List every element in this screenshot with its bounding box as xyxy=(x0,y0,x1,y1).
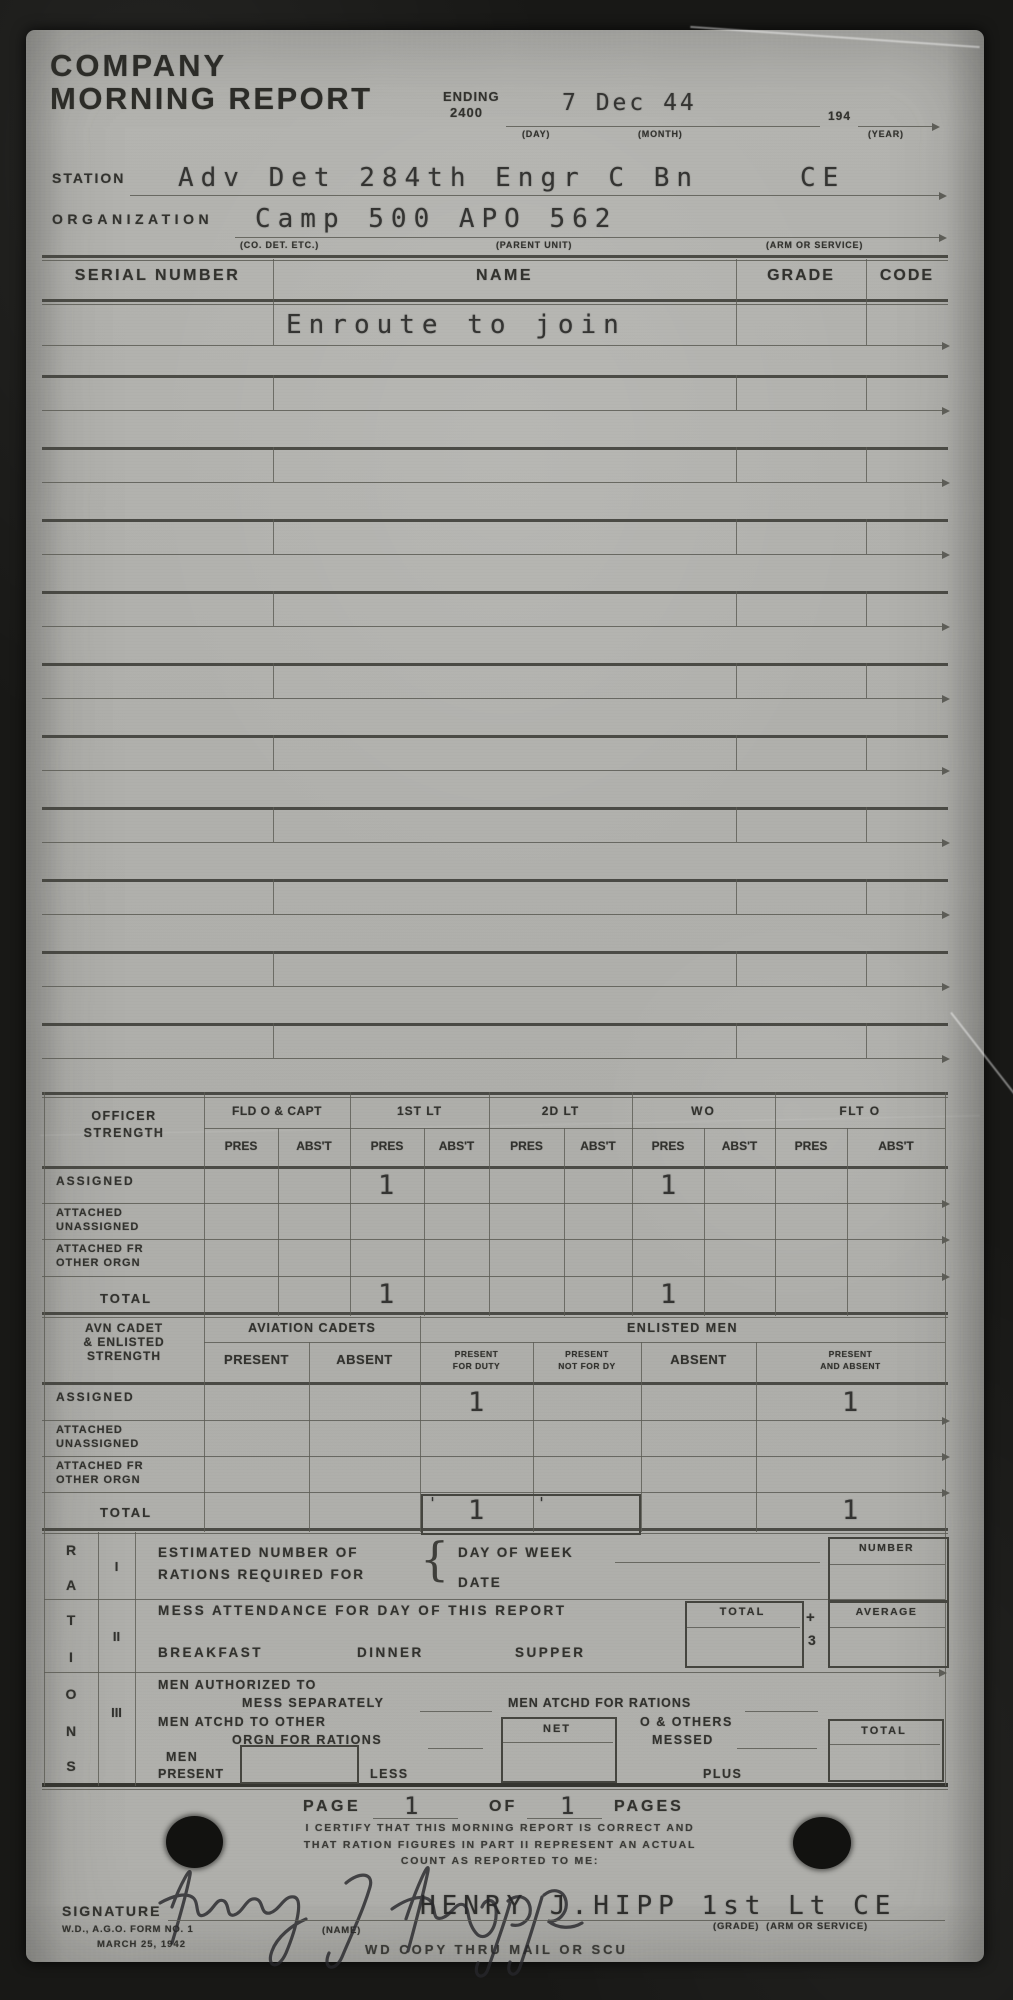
officer-assigned-1stlt-pres: 1 xyxy=(378,1172,394,1199)
group-aviation-cadets: AVIATION CADETS xyxy=(204,1322,420,1335)
rule-horizontal xyxy=(42,519,948,522)
rule-vertical xyxy=(736,807,737,842)
rule-vertical xyxy=(736,375,737,410)
rule-horizontal xyxy=(42,1058,948,1059)
col-name: NAME xyxy=(273,268,736,285)
rule-horizontal xyxy=(42,554,948,555)
page-number: 1 xyxy=(404,1794,418,1818)
col-code: CODE xyxy=(866,268,948,285)
section-ii: II xyxy=(98,1630,135,1644)
rations-letter: S xyxy=(44,1759,98,1774)
rule-vertical xyxy=(704,1128,705,1316)
organization-label: ORGANIZATION xyxy=(52,212,213,227)
certify-line1: I CERTIFY THAT THIS MORNING REPORT IS CO… xyxy=(270,1823,730,1834)
subcol-enlisted-absent: ABSENT xyxy=(641,1353,756,1367)
rule-vertical xyxy=(866,303,867,345)
rule-horizontal xyxy=(42,914,948,915)
rule-horizontal xyxy=(42,345,948,346)
rule-horizontal xyxy=(42,951,948,954)
group-2d-lt: 2D LT xyxy=(489,1105,632,1118)
ending-2400-label: 2400 xyxy=(450,106,483,120)
rule-horizontal xyxy=(42,807,948,810)
rule-vertical xyxy=(866,519,867,554)
row-attached: ATTACHED xyxy=(56,1208,123,1220)
form-box xyxy=(828,1537,949,1602)
form-box xyxy=(421,1494,641,1535)
avn-title2: & ENLISTED xyxy=(44,1336,204,1349)
rations-letter: O xyxy=(44,1687,98,1702)
row-other-orgn: OTHER ORGN xyxy=(56,1475,141,1487)
group-1st-lt: 1ST LT xyxy=(350,1105,489,1118)
row-other-orgn: OTHER ORGN xyxy=(56,1258,141,1270)
rule-vertical xyxy=(736,303,737,345)
rule-vertical xyxy=(866,259,867,303)
subcol-pfd-1: PRESENT xyxy=(420,1350,533,1359)
rule-vertical xyxy=(273,259,274,303)
rule-vertical xyxy=(736,663,737,698)
rule-horizontal xyxy=(42,1312,948,1315)
rule-horizontal xyxy=(42,299,948,302)
date-label: DATE xyxy=(458,1576,502,1590)
rule-vertical xyxy=(736,1023,737,1058)
officer-total-1stlt-pres: 1 xyxy=(378,1281,394,1308)
co-det-sublabel: (CO. DET. ETC.) xyxy=(240,241,319,250)
rule-horizontal xyxy=(373,1818,458,1819)
rule-vertical xyxy=(866,879,867,914)
subcol-pfd-2: FOR DUTY xyxy=(420,1362,533,1371)
form-box xyxy=(240,1745,359,1784)
men-authorized-label: MEN AUTHORIZED TO xyxy=(158,1679,317,1692)
rule-vertical xyxy=(135,1532,136,1786)
rule-horizontal xyxy=(42,986,948,987)
brace-glyph: { xyxy=(420,1536,449,1582)
rule-horizontal xyxy=(42,1276,948,1277)
rule-vertical xyxy=(736,259,737,303)
avn-title3: STRENGTH xyxy=(44,1350,204,1363)
rations-letter: I xyxy=(44,1650,98,1665)
film-scratch xyxy=(690,26,979,48)
row-total: TOTAL xyxy=(100,1292,152,1306)
rule-vertical xyxy=(278,1128,279,1316)
avn-title1: AVN CADET xyxy=(44,1322,204,1335)
arm-service-sublabel: (ARM OR SERVICE) xyxy=(766,241,863,250)
divide-by-three: 3 xyxy=(808,1633,816,1648)
rule-vertical xyxy=(736,519,737,554)
group-fldo-capt: FLD O & CAPT xyxy=(204,1105,350,1118)
rule-horizontal xyxy=(42,1317,948,1318)
scanned-morning-report: COMPANY MORNING REPORT ENDING 2400 7 Dec… xyxy=(0,0,1013,2000)
rule-horizontal xyxy=(42,591,948,594)
subcol-pres: PRES xyxy=(204,1140,278,1153)
rule-vertical xyxy=(756,1342,757,1532)
subcol-abst: ABS'T xyxy=(424,1140,489,1153)
subcol-abst: ABS'T xyxy=(704,1140,775,1153)
rule-vertical xyxy=(736,447,737,482)
mess-separately-label: MESS SEPARATELY xyxy=(242,1697,384,1710)
subcol-abst: ABS'T xyxy=(847,1140,945,1153)
rule-vertical xyxy=(44,1092,45,1316)
rule-horizontal xyxy=(42,260,948,261)
breakfast-label: BREAKFAST xyxy=(158,1646,263,1660)
divide-plus-sign: + xyxy=(806,1610,815,1626)
rule-horizontal xyxy=(42,482,948,483)
form-box xyxy=(828,1719,944,1782)
supper-label: SUPPER xyxy=(515,1646,586,1660)
film-scratch xyxy=(951,1012,1013,1100)
rule-vertical xyxy=(866,735,867,770)
ending-label: ENDING xyxy=(443,90,500,104)
rule-horizontal xyxy=(44,1599,945,1600)
rule-vertical xyxy=(204,1316,205,1532)
rule-horizontal xyxy=(42,1166,948,1169)
rations-letter: R xyxy=(44,1543,98,1558)
messed-label: MESSED xyxy=(652,1734,714,1747)
rule-horizontal xyxy=(420,1711,492,1712)
rule-horizontal xyxy=(42,1239,948,1240)
rations-letter: A xyxy=(44,1578,98,1593)
row-unassigned: UNASSIGNED xyxy=(56,1222,139,1234)
row-attached: ATTACHED xyxy=(56,1425,123,1437)
rule-horizontal xyxy=(42,879,948,882)
rule-horizontal xyxy=(615,1562,820,1563)
pages-number: 1 xyxy=(560,1794,574,1818)
rule-vertical xyxy=(564,1128,565,1316)
rule-vertical xyxy=(736,951,737,986)
rule-vertical xyxy=(945,1316,946,1532)
enlisted-assigned-pa: 1 xyxy=(842,1389,858,1416)
men-atchd-rations-label: MEN ATCHD FOR RATIONS xyxy=(508,1697,691,1710)
row-attached-fr: ATTACHED FR xyxy=(56,1461,144,1473)
rule-horizontal xyxy=(235,237,945,238)
rule-vertical xyxy=(632,1092,633,1316)
rule-vertical xyxy=(866,375,867,410)
rule-vertical xyxy=(204,1092,205,1316)
row-unassigned: UNASSIGNED xyxy=(56,1439,139,1451)
rule-horizontal xyxy=(42,735,948,738)
rule-vertical xyxy=(273,807,274,842)
page-label: PAGE xyxy=(303,1799,361,1816)
officer-strength-title1: OFFICER xyxy=(44,1110,204,1123)
rule-vertical xyxy=(945,1092,946,1316)
rule-horizontal xyxy=(42,410,948,411)
rule-horizontal xyxy=(42,1420,948,1421)
enlisted-assigned-pfd: 1 xyxy=(468,1389,484,1416)
o-and-others-label: O & OTHERS xyxy=(640,1716,733,1729)
rule-vertical xyxy=(98,1532,99,1786)
rations-letter: T xyxy=(44,1613,98,1628)
handwritten-signature xyxy=(130,1845,690,1980)
rule-horizontal xyxy=(42,447,948,450)
rule-vertical xyxy=(273,1023,274,1058)
present-label: PRESENT xyxy=(158,1768,224,1781)
men-label: MEN xyxy=(166,1751,198,1764)
rule-horizontal xyxy=(42,626,948,627)
rule-vertical xyxy=(273,663,274,698)
grade-arm-sublabel: (GRADE) (ARM OR SERVICE) xyxy=(713,1922,868,1932)
rule-vertical xyxy=(866,807,867,842)
form-box xyxy=(501,1717,617,1783)
form-title-line1: COMPANY xyxy=(50,50,227,83)
report-date-value: 7 Dec 44 xyxy=(562,92,697,115)
rule-vertical xyxy=(866,663,867,698)
enlisted-total-pa: 1 xyxy=(842,1497,858,1524)
subcol-pres: PRES xyxy=(775,1140,847,1153)
rule-vertical xyxy=(641,1342,642,1532)
rule-horizontal xyxy=(858,126,938,127)
subcol-abst: ABS'T xyxy=(278,1140,350,1153)
row-total: TOTAL xyxy=(100,1506,152,1520)
section-iii: III xyxy=(98,1706,135,1720)
mess-attendance-label: MESS ATTENDANCE FOR DAY OF THIS REPORT xyxy=(158,1604,567,1618)
rule-horizontal xyxy=(428,1748,483,1749)
year-prefix: 194 xyxy=(828,110,851,123)
rule-vertical xyxy=(866,951,867,986)
punch-hole-right xyxy=(793,1817,851,1869)
rule-vertical xyxy=(350,1092,351,1316)
group-enlisted-men: ENLISTED MEN xyxy=(420,1322,945,1335)
subcol-pres: PRES xyxy=(632,1140,704,1153)
parent-unit-sublabel: (PARENT UNIT) xyxy=(496,241,572,250)
rule-horizontal xyxy=(42,1023,948,1026)
rule-horizontal xyxy=(168,1920,945,1921)
men-atchd-other-label: MEN ATCHD TO OTHER xyxy=(158,1716,326,1729)
rule-vertical xyxy=(44,1316,45,1532)
rule-horizontal xyxy=(42,1382,948,1385)
rule-vertical xyxy=(736,879,737,914)
officer-total-wo-pres: 1 xyxy=(660,1281,676,1308)
rule-horizontal xyxy=(42,304,948,305)
rule-horizontal xyxy=(204,1128,945,1129)
estimated-rations-line2: RATIONS REQUIRED FOR xyxy=(158,1568,365,1582)
form-box xyxy=(828,1601,949,1668)
subcol-pnd-1: PRESENT xyxy=(533,1350,641,1359)
dinner-label: DINNER xyxy=(357,1646,424,1660)
rule-horizontal xyxy=(130,195,945,196)
rule-vertical xyxy=(273,591,274,626)
rule-horizontal xyxy=(527,1818,602,1819)
rule-vertical xyxy=(44,1532,45,1786)
rule-vertical xyxy=(273,951,274,986)
form-box xyxy=(685,1601,804,1668)
of-label: OF xyxy=(489,1799,517,1816)
rule-horizontal xyxy=(42,770,948,771)
col-serial-number: SERIAL NUMBER xyxy=(42,268,273,285)
row-assigned: ASSIGNED xyxy=(56,1391,135,1404)
day-of-week-label: DAY OF WEEK xyxy=(458,1546,574,1560)
group-wo: WO xyxy=(632,1105,775,1118)
subcol-pa-2: AND ABSENT xyxy=(756,1362,945,1371)
rule-horizontal xyxy=(745,1711,818,1712)
rule-vertical xyxy=(866,591,867,626)
rule-vertical xyxy=(309,1342,310,1532)
rule-vertical xyxy=(273,879,274,914)
rule-horizontal xyxy=(42,1203,948,1204)
rule-horizontal xyxy=(42,375,948,378)
organization-value: Camp 500 APO 562 xyxy=(255,206,617,232)
rule-horizontal xyxy=(42,698,948,699)
rule-vertical xyxy=(489,1092,490,1316)
less-label: LESS xyxy=(370,1768,409,1781)
rule-horizontal xyxy=(42,1789,948,1790)
subcol-pa-1: PRESENT xyxy=(756,1350,945,1359)
rule-horizontal xyxy=(42,1097,948,1098)
rule-horizontal xyxy=(42,1092,948,1095)
officer-assigned-wo-pres: 1 xyxy=(660,1172,676,1199)
rule-horizontal xyxy=(42,842,948,843)
rule-vertical xyxy=(736,735,737,770)
rule-vertical xyxy=(273,447,274,482)
subcol-pres: PRES xyxy=(350,1140,424,1153)
rule-vertical xyxy=(273,735,274,770)
rule-vertical xyxy=(736,591,737,626)
rule-vertical xyxy=(775,1092,776,1316)
station-value: Adv Det 284th Engr C Bn xyxy=(178,165,699,191)
rule-horizontal xyxy=(42,255,948,258)
row-attached-fr: ATTACHED FR xyxy=(56,1244,144,1256)
rule-horizontal xyxy=(737,1748,817,1749)
rule-vertical xyxy=(273,519,274,554)
rule-horizontal xyxy=(42,1456,948,1457)
rule-horizontal xyxy=(42,663,948,666)
rule-vertical xyxy=(273,375,274,410)
day-sublabel: (DAY) xyxy=(522,130,550,139)
rule-horizontal xyxy=(44,1672,945,1673)
estimated-rations-line1: ESTIMATED NUMBER OF xyxy=(158,1546,359,1560)
section-i: I xyxy=(98,1560,135,1574)
subcol-cadet-absent: ABSENT xyxy=(309,1353,420,1367)
month-sublabel: (MONTH) xyxy=(638,130,683,139)
subcol-cadet-present: PRESENT xyxy=(204,1353,309,1367)
col-grade: GRADE xyxy=(736,268,866,285)
station-label: STATION xyxy=(52,171,125,186)
subcol-abst: ABS'T xyxy=(564,1140,632,1153)
station-arm-value: CE xyxy=(800,165,845,191)
plus-label: PLUS xyxy=(703,1768,742,1781)
rations-letter: N xyxy=(44,1724,98,1739)
row-assigned: ASSIGNED xyxy=(56,1175,135,1188)
subcol-pres: PRES xyxy=(489,1140,564,1153)
rule-horizontal xyxy=(204,1342,945,1343)
year-sublabel: (YEAR) xyxy=(868,130,904,139)
rule-vertical xyxy=(866,447,867,482)
form-content: COMPANY MORNING REPORT ENDING 2400 7 Dec… xyxy=(0,0,1013,2000)
rule-vertical xyxy=(866,1023,867,1058)
form-title-line2: MORNING REPORT xyxy=(50,83,373,116)
rule-horizontal xyxy=(42,1783,948,1787)
pages-label: PAGES xyxy=(614,1799,684,1816)
rule-horizontal xyxy=(506,126,820,127)
rule-vertical xyxy=(847,1128,848,1316)
roster-entry: Enroute to join xyxy=(286,312,626,338)
rule-vertical xyxy=(424,1128,425,1316)
subcol-pnd-2: NOT FOR DY xyxy=(533,1362,641,1371)
rule-vertical xyxy=(273,303,274,345)
